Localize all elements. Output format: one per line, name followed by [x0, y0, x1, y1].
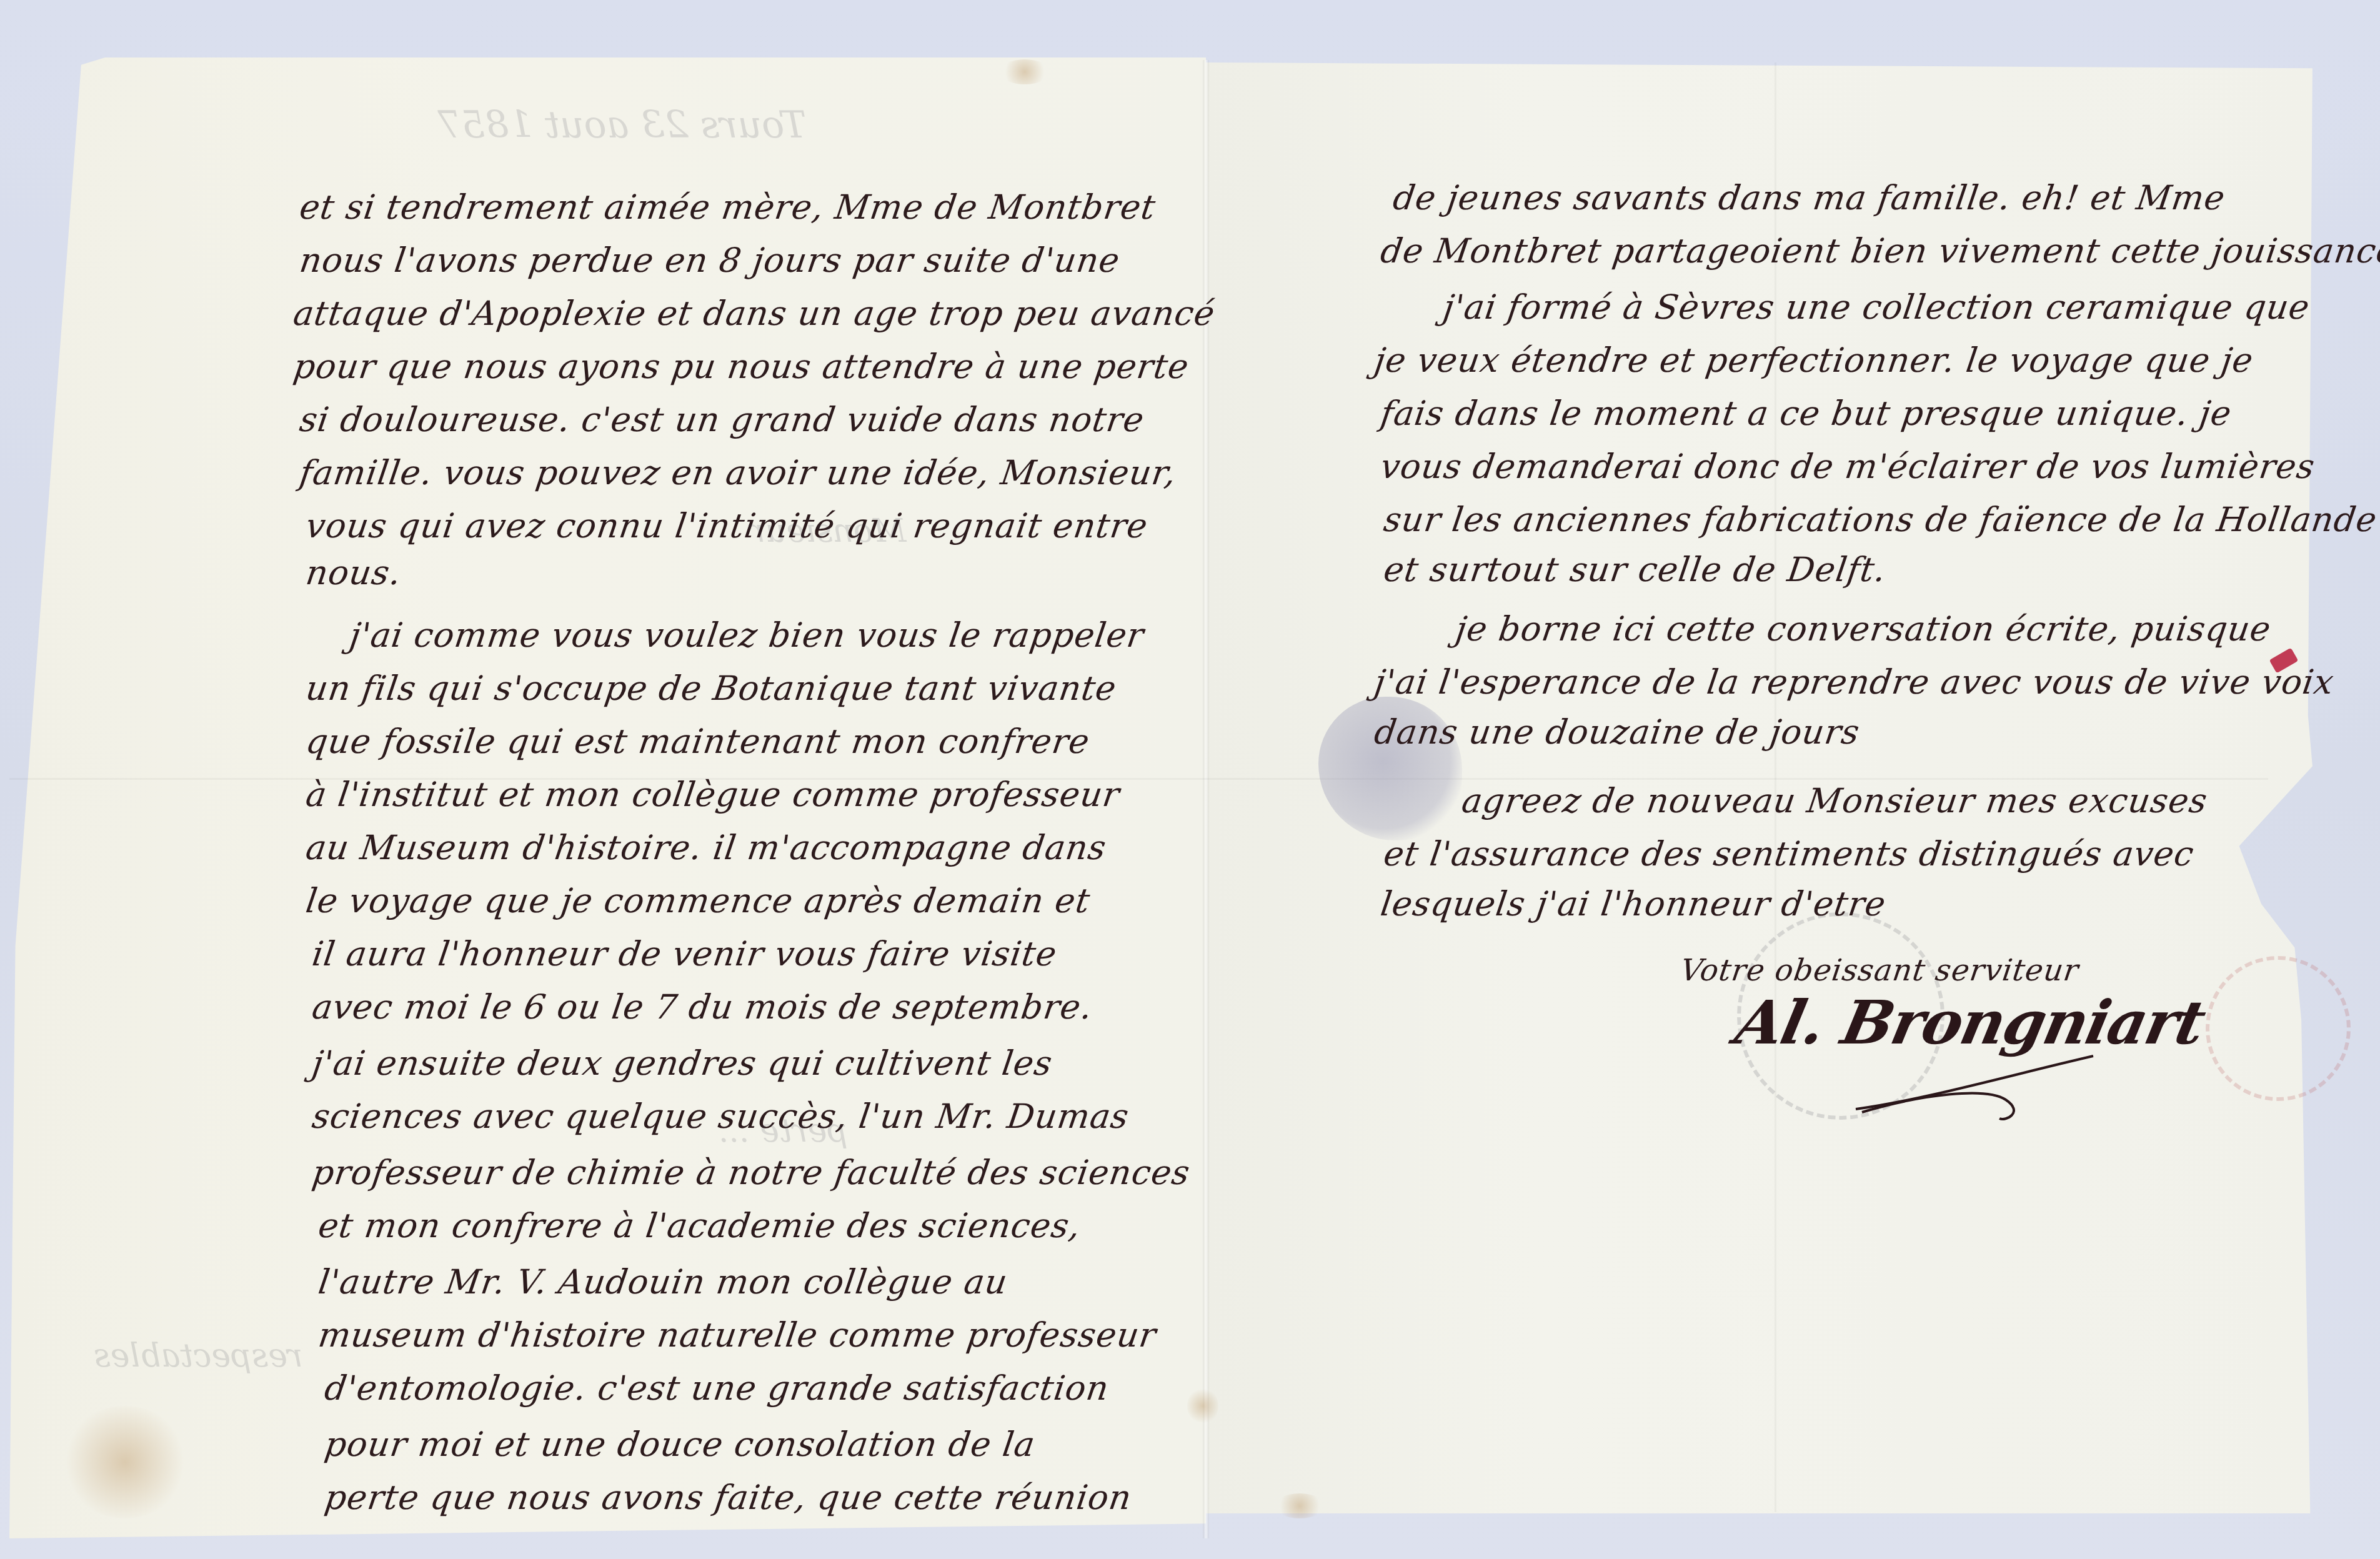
letter-line: à l'institut et mon collègue comme profe… [304, 775, 1123, 814]
letter-line: fais dans le moment a ce but presque uni… [1378, 394, 2234, 433]
letter-line: attaque d'Apoplexie et dans un age trop … [291, 294, 1218, 333]
letter-line: au Museum d'histoire. il m'accompagne da… [304, 828, 1109, 867]
letter-line: de jeunes savants dans ma famille. eh! e… [1391, 178, 2228, 217]
closing-line: Votre obeissant serviteur [1678, 953, 2081, 988]
bleed-through-text: perte ... [719, 1112, 848, 1150]
bleed-through-text: Monsieur [750, 512, 906, 550]
letter-line: famille. vous pouvez en avoir une idée, … [297, 453, 1179, 492]
foxing-stain [62, 1406, 187, 1518]
red-postmark-stamp [2206, 956, 2351, 1101]
letter-line: pour moi et une douce consolation de la [322, 1425, 1038, 1464]
foxing-stain [1000, 59, 1050, 84]
signature: Al. Brongniart [1730, 987, 2211, 1058]
letter-line: j'ai l'esperance de la reprendre avec vo… [1372, 662, 2337, 702]
letter-line: et si tendrement aimée mère, Mme de Mont… [297, 187, 1158, 227]
letter-line: un fils qui s'occupe de Botanique tant v… [304, 669, 1120, 708]
letter-line: pour que nous ayons pu nous attendre à u… [291, 347, 1192, 386]
letter-line: l'autre Mr. V. Audouin mon collègue au [316, 1262, 1010, 1302]
letter-line: et l'assurance des sentiments distingués… [1382, 834, 2197, 874]
letter-line: j'ai comme vous voulez bien vous le rapp… [347, 615, 1147, 655]
signature-flourish [1850, 1050, 2112, 1125]
letter-line: vous demanderai donc de m'éclairer de vo… [1378, 447, 2318, 486]
letter-line: il aura l'honneur de venir vous faire vi… [310, 934, 1060, 974]
letter-line: de Montbret partageoient bien vivement c… [1378, 231, 2380, 271]
letter-line: professeur de chimie à notre faculté des… [310, 1153, 1193, 1192]
letter-line: dans une douzaine de jours [1372, 712, 1863, 752]
letter-line: je borne ici cette conversation écrite, … [1453, 609, 2274, 649]
letter-line: vous qui avez connu l'intimité qui regna… [304, 506, 1151, 545]
letter-line: d'entomologie. c'est une grande satisfac… [322, 1368, 1112, 1408]
foxing-stain [1275, 1493, 1325, 1518]
letter-line: agreez de nouveau Monsieur mes excuses [1460, 781, 2210, 820]
letter-line: lesquels j'ai l'honneur d'etre [1378, 884, 1889, 924]
letter-line: et mon confrere à l'academie des science… [316, 1206, 1083, 1245]
letter-line: perte que nous avons faite, que cette ré… [322, 1478, 1135, 1517]
letter-line: sur les anciennes fabrications de faïenc… [1382, 500, 2380, 539]
letter-line: museum d'histoire naturelle comme profes… [316, 1315, 1159, 1355]
bleed-through-date: Tours 23 aout 1857 [437, 103, 807, 147]
letter-line: avec moi le 6 ou le 7 du mois de septemb… [310, 987, 1095, 1027]
bleed-through-text: respectables [94, 1337, 303, 1375]
letter-line: et surtout sur celle de Delft. [1382, 550, 1889, 589]
letter-line: si douloureuse. c'est un grand vuide dan… [297, 400, 1147, 439]
letter-line: le voyage que je commence après demain e… [304, 881, 1093, 920]
letter-line: j'ai ensuite deux gendres qui cultivent … [310, 1043, 1055, 1083]
letter-line: j'ai formé à Sèvres une collection ceram… [1441, 287, 2313, 327]
letter-line: nous. [304, 553, 404, 592]
center-fold [1203, 60, 1209, 1538]
letter-line: je veux étendre et perfectionner. le voy… [1372, 341, 2256, 380]
letter-line: que fossile qui est maintenant mon confr… [304, 722, 1093, 761]
letter-line: nous l'avons perdue en 8 jours par suite… [297, 241, 1123, 280]
foxing-stain [1187, 1387, 1218, 1425]
